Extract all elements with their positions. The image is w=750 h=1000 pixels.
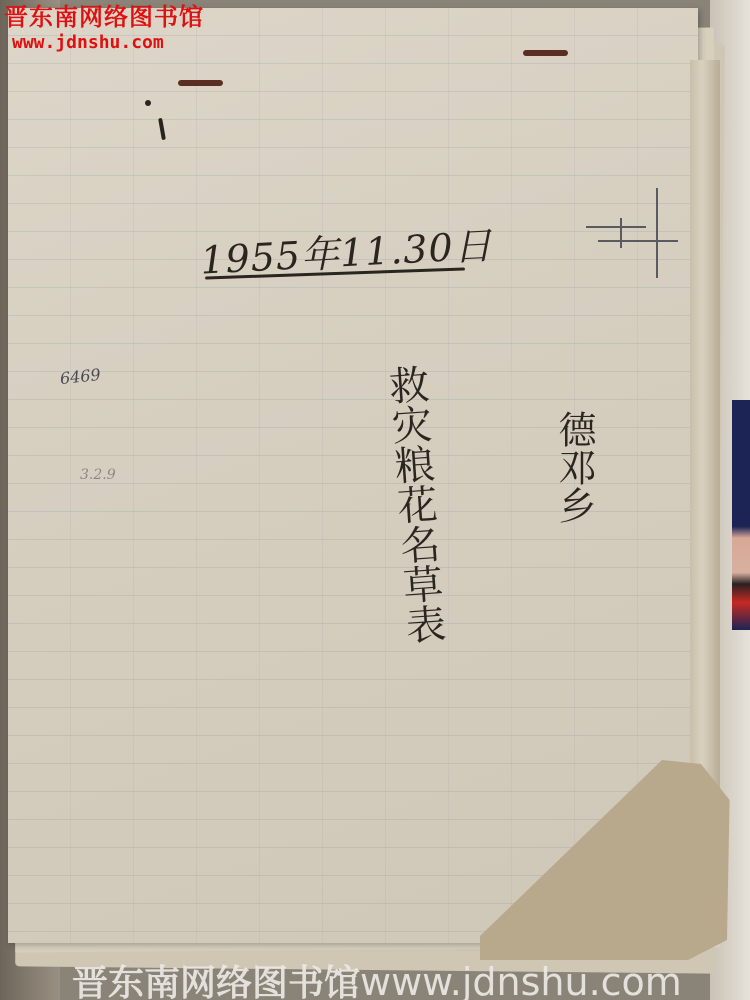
ink-stroke (158, 118, 166, 140)
ruled-mark (620, 218, 622, 248)
watermark-site-name: 晋东南网络图书馆 (4, 2, 204, 32)
watermark-top: 晋东南网络图书馆 www.jdnshu.com (4, 2, 204, 54)
ruled-mark (656, 188, 658, 278)
margin-note: 3.2.9 (80, 467, 116, 483)
ruled-mark (598, 240, 678, 242)
ink-dot (145, 100, 151, 106)
watermark-bottom: 晋东南网络图书馆www.jdnshu.com (72, 955, 682, 1000)
ruled-mark (586, 226, 646, 228)
background-photo-edge (732, 400, 750, 630)
handwritten-place-name: 德邓乡 (545, 410, 600, 524)
watermark-bottom-site-name: 晋东南网络图书馆 (72, 963, 360, 1000)
staple-left (178, 80, 223, 86)
staple-right (523, 50, 568, 56)
watermark-url: www.jdnshu.com (4, 32, 204, 54)
watermark-bottom-url: www.jdnshu.com (360, 960, 682, 1000)
